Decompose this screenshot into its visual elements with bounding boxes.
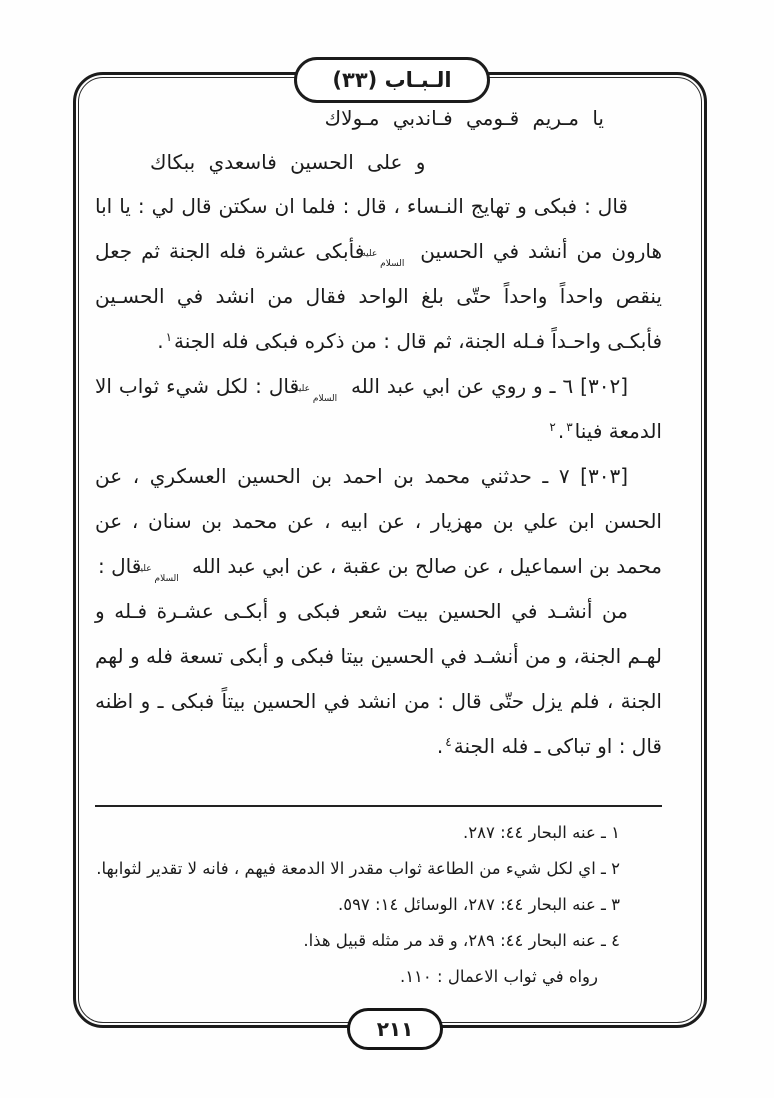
honorific-alayhissalam-icon: عليه السلام [148,564,186,584]
honorific-alayhissalam-icon: عليه السلام [373,249,411,269]
paragraph-2: [٣٠٢] ٦ ـ و روي عن ابي عبد الله عليه الس… [95,364,662,454]
footnote-2: ٢ ـ اي لكل شيء من الطاعة ثواب مقدر الا ا… [95,851,620,887]
paragraph-3: [٣٠٣] ٧ ـ حدثني محمد بن احمد بن الحسين ا… [95,454,662,589]
scanned-book-page: الـبـاب (٣٣) يا مـريم قـومي فـاندبي مـول… [0,0,774,1098]
paragraph-1-text-c: . [157,329,163,353]
footnote-1: ١ ـ عنه البحار ٤٤: ٢٨٧. [95,815,620,851]
footnotes-section: ١ ـ عنه البحار ٤٤: ٢٨٧. ٢ ـ اي لكل شيء م… [95,807,662,995]
footnote-4-continuation: رواه في ثواب الاعمال : ١١٠. [95,959,620,995]
honorific-alayhissalam-icon: عليه السلام [306,384,344,404]
footnote-4: ٤ ـ عنه البحار ٤٤: ٢٨٩، و قد مر مثله قبي… [95,923,620,959]
chapter-title: الـبـاب (٣٣) [332,68,451,92]
page-number-badge: ٢١١ [347,1008,443,1050]
paragraph-4: من أنشـد في الحسين بيت شعر فبكى و أبكـى … [95,589,662,769]
paragraph-4-text-a: من أنشـد في الحسين بيت شعر فبكى و أبكـى … [95,599,662,758]
page-content: يا مـريم قـومي فـاندبي مـولاك و على الحس… [95,94,662,995]
page-number: ٢١١ [377,1017,414,1041]
footnote-3: ٣ ـ عنه البحار ٤٤: ٢٨٧، الوسائل ١٤: ٥٩٧. [95,887,620,923]
footnote-marker-3: ٣ [566,420,572,434]
footnote-marker-2: ٢ [549,420,555,434]
paragraph-2-text-c: . [558,419,564,443]
paragraph-3-text-a: [٣٠٣] ٧ ـ حدثني محمد بن احمد بن الحسين ا… [95,464,662,578]
paragraph-4-text-b: . [437,734,443,758]
footnote-marker-1: ١ [166,330,172,344]
paragraph-2-text-a: [٣٠٢] ٦ ـ و روي عن ابي عبد الله [351,374,628,398]
poetry-hemistich-2: و على الحسين فاسعدي ببكاك [95,140,662,184]
footnote-marker-4: ٤ [445,735,451,749]
paragraph-3-text-b: قال : [98,554,141,578]
paragraph-1: قال : فبكى و تهايج النـساء ، قال : فلما … [95,184,662,364]
chapter-title-badge: الـبـاب (٣٣) [294,57,490,103]
